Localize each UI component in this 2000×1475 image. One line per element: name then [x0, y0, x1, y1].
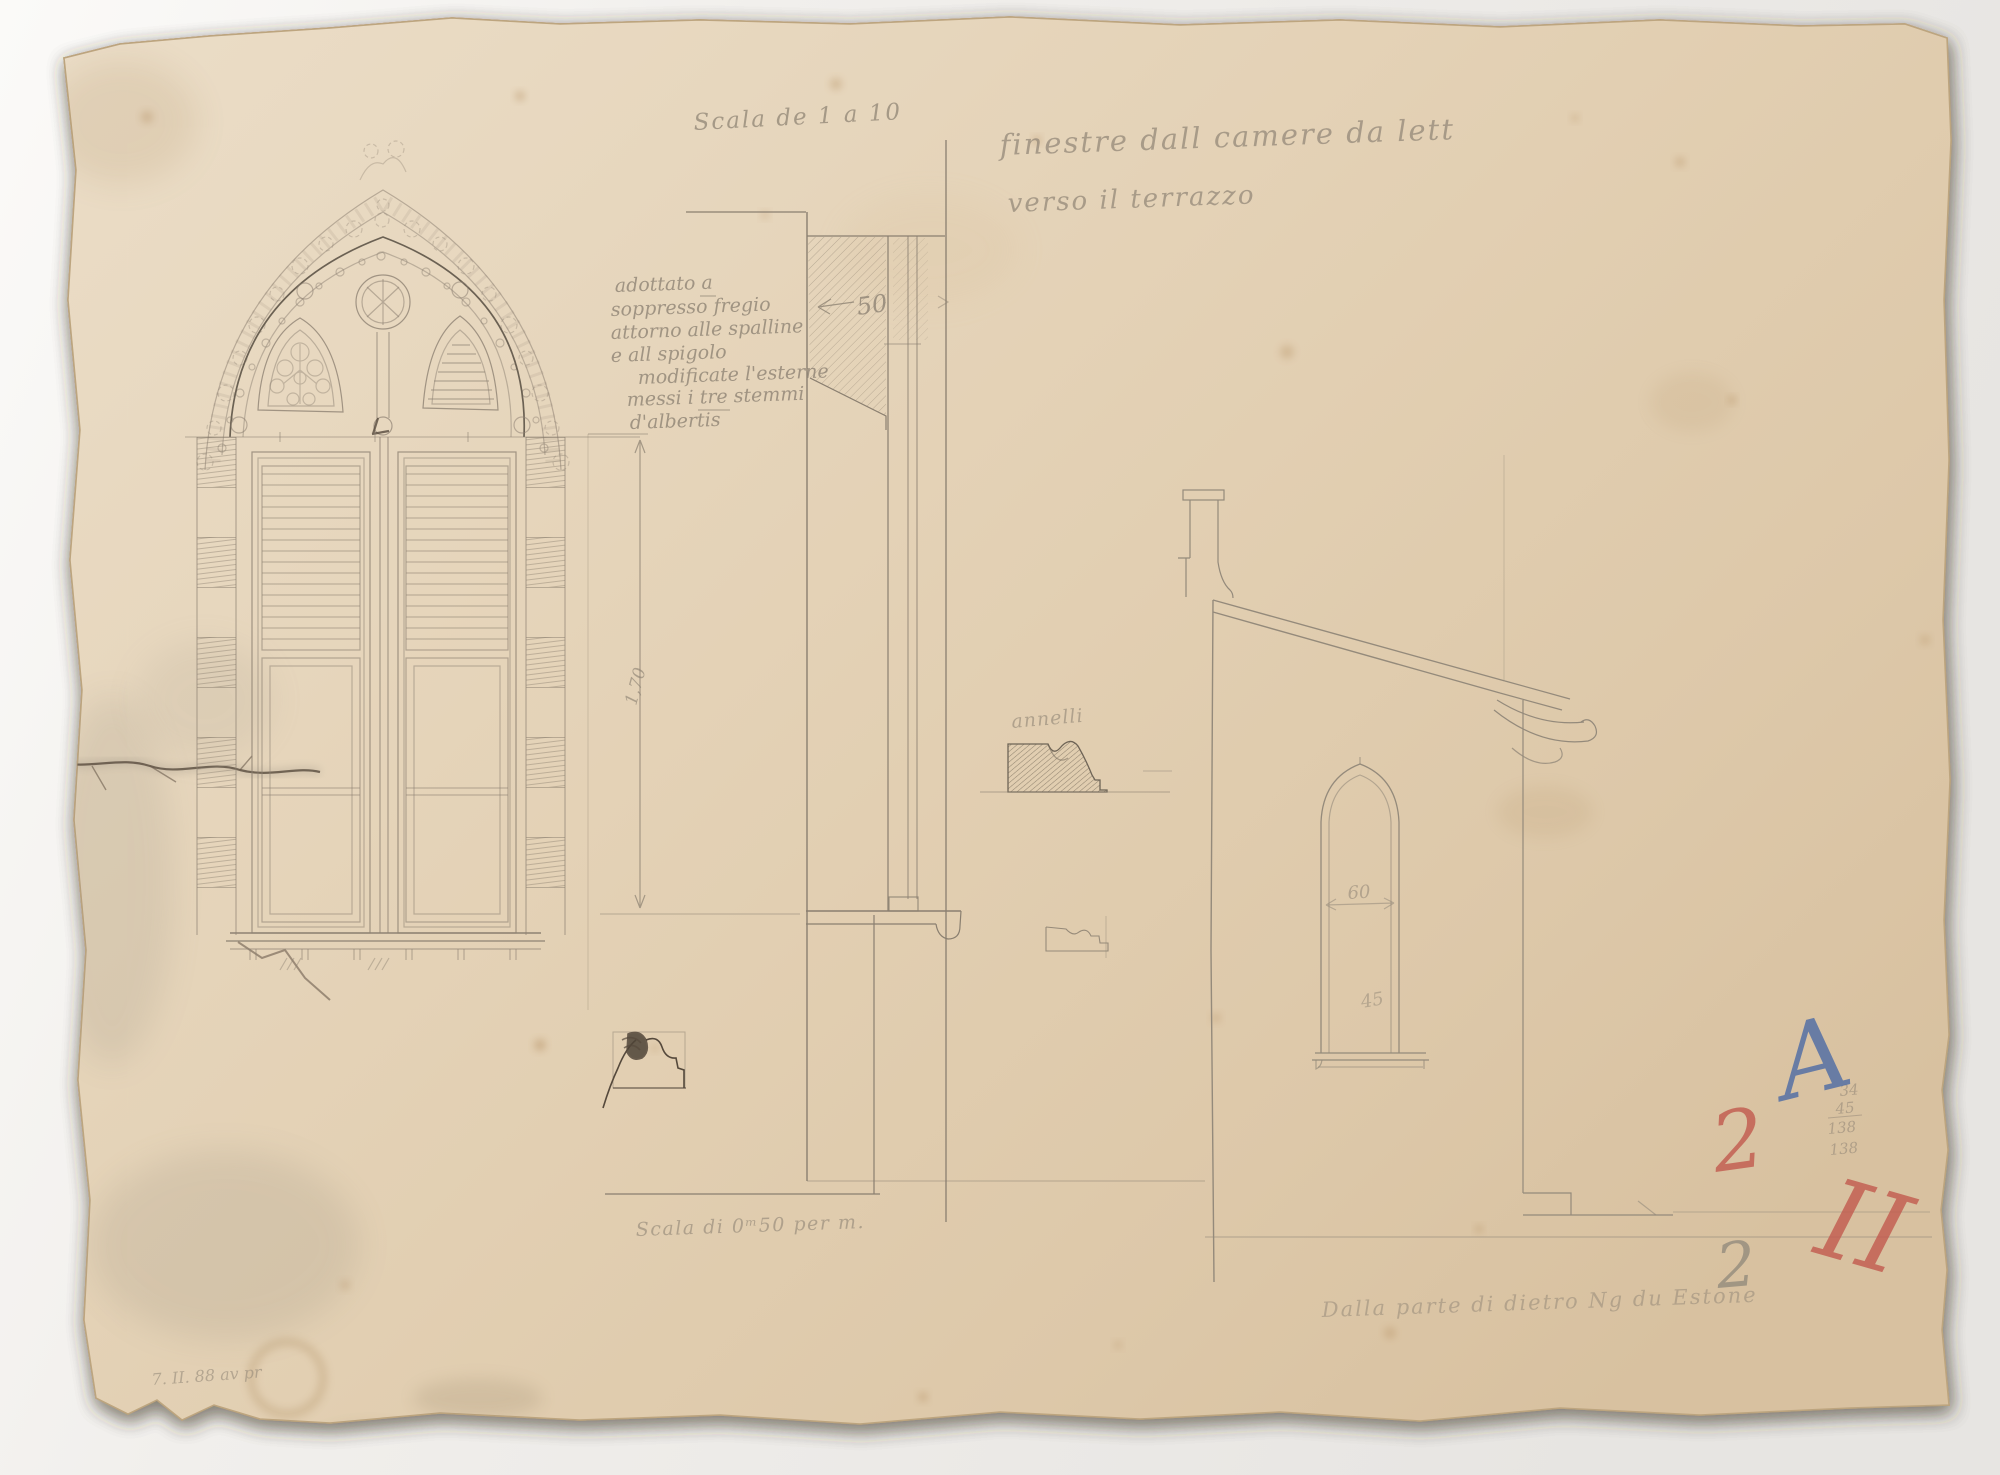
dim-label-60: 60 [1347, 881, 1371, 904]
dim-label-50: 50 [855, 289, 889, 321]
pencil-number-mark: 2 [1712, 1227, 1759, 1303]
svg-text:d'albertis: d'albertis [629, 409, 721, 434]
svg-text:e all spigolo: e all spigolo [610, 341, 727, 367]
svg-text:138: 138 [1827, 1118, 1857, 1138]
scanned-drawing-page: Scala de 1 a 10 finestre dall camere da … [0, 0, 2000, 1475]
svg-text:adottato a: adottato a [614, 272, 713, 297]
dim-label-45: 45 [1358, 988, 1385, 1013]
drawing-canvas: Scala de 1 a 10 finestre dall camere da … [0, 0, 2000, 1475]
